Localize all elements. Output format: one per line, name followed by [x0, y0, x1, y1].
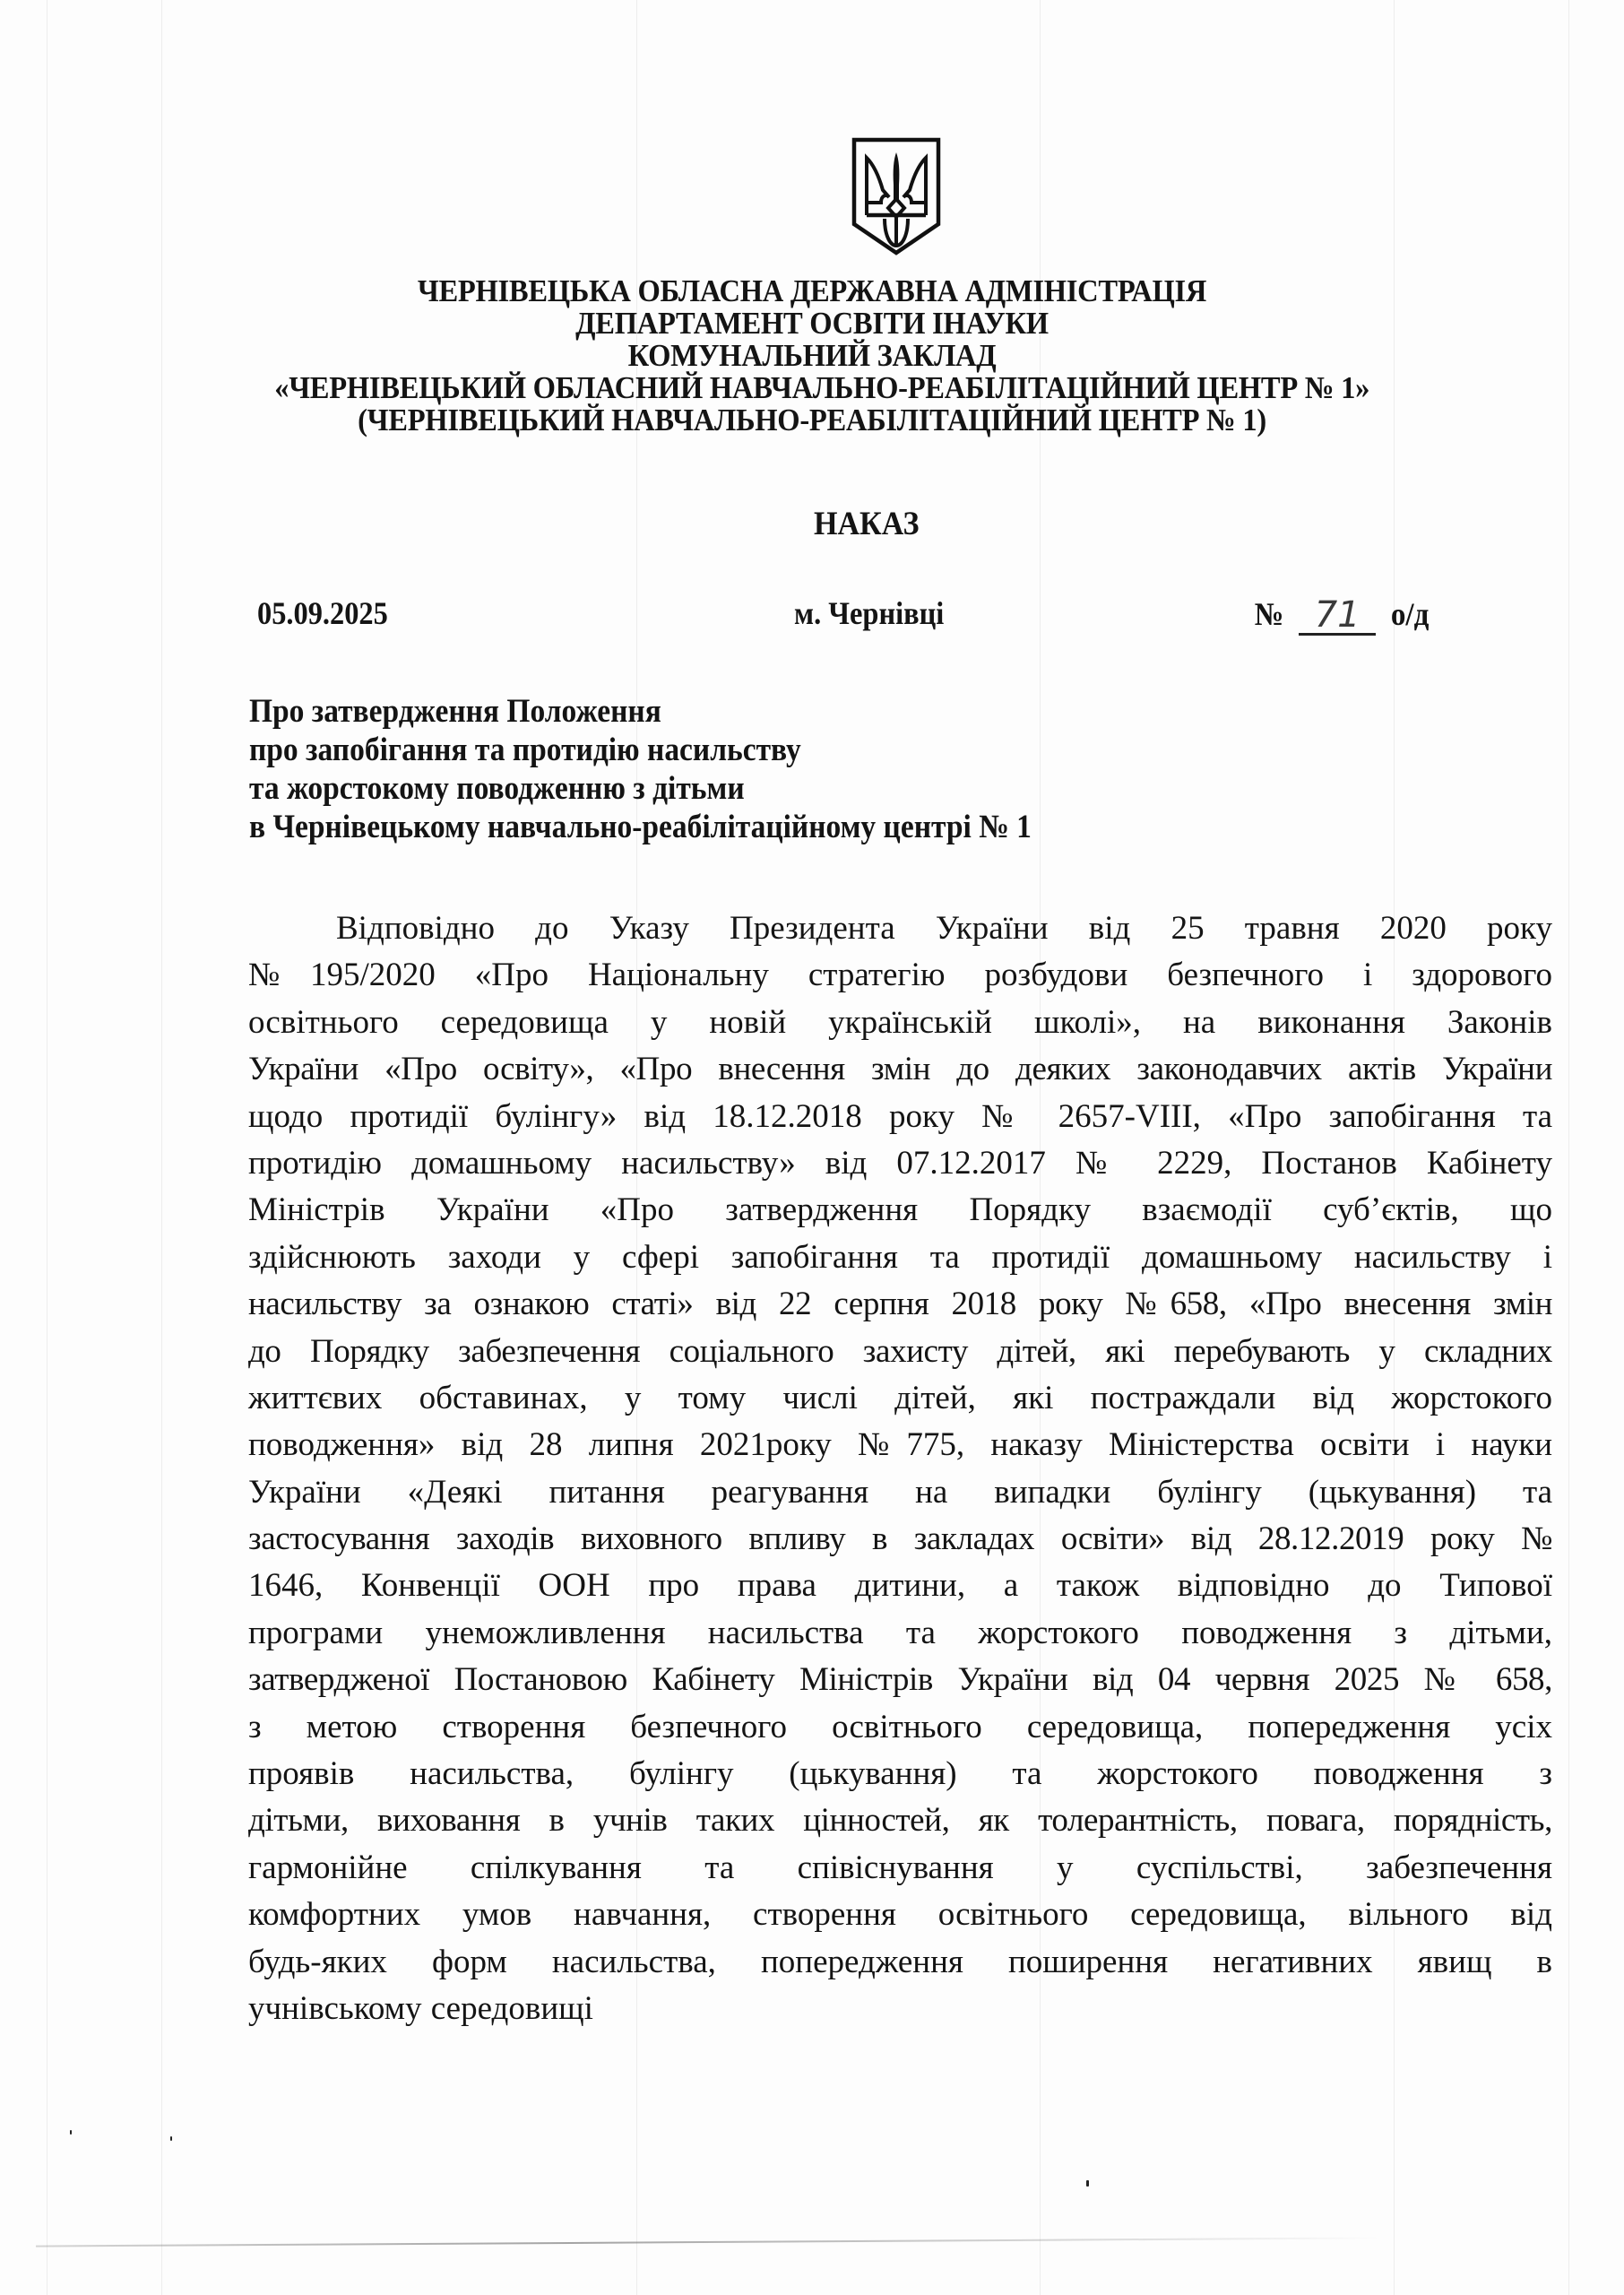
- order-subject: Про затвердження Положення про запобіган…: [249, 692, 1032, 846]
- body-line: 1646, Конвенції ООН про права дитини, а …: [248, 1563, 1552, 1609]
- scan-artifact-speck: [1086, 2180, 1089, 2187]
- number-sign: №: [1255, 596, 1284, 632]
- body-line: проявів насильства, булінгу (цькування) …: [248, 1751, 1552, 1797]
- header-line-administration: ЧЕРНІВЕЦЬКА ОБЛАСНА ДЕРЖАВНА АДМІНІСТРАЦ…: [56, 275, 1567, 307]
- subject-line: в Чернівецькому навчально-реабілітаційно…: [249, 808, 1032, 846]
- scan-artifact-line: [1568, 0, 1569, 2295]
- body-line: поводження» від 28 липня 2021року №775, …: [248, 1422, 1552, 1468]
- scan-artifact-speck: [70, 2130, 72, 2135]
- document-page: ЧЕРНІВЕЦЬКА ОБЛАСНА ДЕРЖАВНА АДМІНІСТРАЦ…: [0, 0, 1624, 2295]
- body-line: до Порядку забезпечення соціального захи…: [248, 1329, 1552, 1375]
- body-line: дітьми, виховання в учнів таких цінносте…: [248, 1797, 1552, 1844]
- institution-header: ЧЕРНІВЕЦЬКА ОБЛАСНА ДЕРЖАВНА АДМІНІСТРАЦ…: [56, 275, 1567, 437]
- body-line: життєвих обставинах, у тому числі дітей,…: [248, 1375, 1552, 1422]
- document-type-title: НАКАЗ: [814, 507, 919, 542]
- order-preamble-paragraph: Відповідно до Указу Президента України в…: [248, 905, 1552, 2032]
- order-number-suffix: о/д: [1391, 596, 1430, 632]
- scan-artifact-fold-line: [36, 2237, 1380, 2247]
- scan-artifact-line: [47, 0, 48, 2295]
- subject-line: про запобігання та протидію насильству: [249, 731, 1032, 769]
- header-line-institution-type: КОМУНАЛЬНИЙ ЗАКЛАД: [56, 340, 1567, 372]
- body-line: насильству за ознакою статі» від 22 серп…: [248, 1281, 1552, 1328]
- scan-artifact-speck: [170, 2136, 172, 2141]
- subject-line: та жорстокому поводженню з дітьми: [249, 769, 1032, 808]
- body-line: Відповідно до Указу Президента України в…: [248, 905, 1552, 952]
- order-meta-row: 05.09.2025 м. Чернівці № 71 о/д: [0, 595, 1624, 635]
- header-line-institution-short-name: (ЧЕРНІВЕЦЬКИЙ НАВЧАЛЬНО-РЕАБІЛІТАЦІЙНИЙ …: [56, 404, 1567, 437]
- body-line: щодо протидії булінгу» від 18.12.2018 ро…: [248, 1094, 1552, 1140]
- handwritten-order-number: 71: [1299, 597, 1376, 636]
- body-line: здійснюють заходи у сфері запобігання та…: [248, 1234, 1552, 1281]
- body-line: гармонійне спілкування та співіснування …: [248, 1845, 1552, 1892]
- body-line: комфортних умов навчання, створення осві…: [248, 1892, 1552, 1938]
- body-line: програми унеможливлення насильства та жо…: [248, 1610, 1552, 1657]
- header-line-institution-name: «ЧЕРНІВЕЦЬКИЙ ОБЛАСНИЙ НАВЧАЛЬНО-РЕАБІЛІ…: [77, 372, 1568, 404]
- ukraine-trident-emblem-icon: [847, 134, 946, 260]
- body-line: затвердженої Постановою Кабінету Міністр…: [248, 1657, 1552, 1703]
- order-date: 05.09.2025: [257, 595, 388, 631]
- order-city: м. Чернівці: [794, 595, 944, 631]
- body-line: №195/2020 «Про Національну стратегію роз…: [248, 952, 1552, 999]
- body-line: учнівському середовищі: [248, 1986, 1552, 2032]
- body-line: з метою створення безпечного освітнього …: [248, 1704, 1552, 1751]
- body-line: протидію домашньому насильству» від 07.1…: [248, 1140, 1552, 1187]
- subject-line: Про затвердження Положення: [249, 692, 1032, 731]
- body-line: освітнього середовища у новій українські…: [248, 1000, 1552, 1046]
- body-line: будь-яких форм насильства, попередження …: [248, 1939, 1552, 1986]
- order-number: № 71 о/д: [1253, 595, 1430, 634]
- body-line: Міністрів України «Про затвердження Поря…: [248, 1187, 1552, 1234]
- body-line: застосування заходів виховного впливу в …: [248, 1516, 1552, 1563]
- header-line-department: ДЕПАРТАМЕНТ ОСВІТИ ІНАУКИ: [56, 307, 1567, 340]
- body-line: України «Деякі питання реагування на вип…: [248, 1469, 1552, 1516]
- body-line: України «Про освіту», «Про внесення змін…: [248, 1046, 1552, 1093]
